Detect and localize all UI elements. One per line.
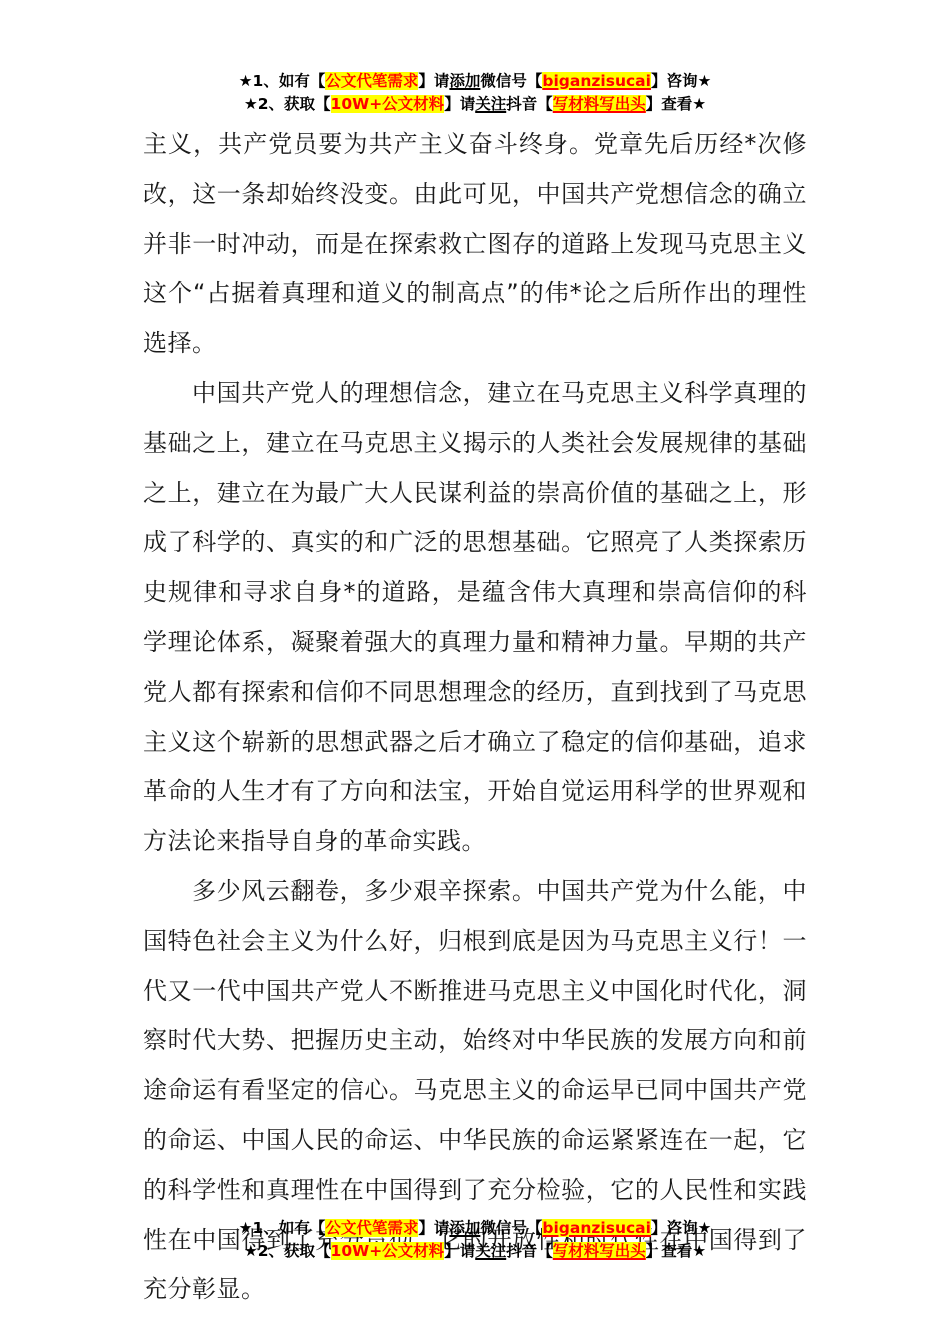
banner-suffix: 】查看★: [646, 95, 706, 113]
wechat-id-link[interactable]: biganzisucai: [542, 72, 651, 90]
banner-text: 】请: [418, 1219, 449, 1237]
banner-suffix: 】咨询★: [651, 72, 711, 90]
banner-text: 】请: [418, 72, 449, 90]
wechat-id-link[interactable]: biganzisucai: [542, 1219, 651, 1237]
banner-text: 】请: [444, 95, 475, 113]
banner-text: 微信号【: [480, 72, 542, 90]
banner-suffix: 】咨询★: [651, 1219, 711, 1237]
banner-text: 抖音【: [506, 1242, 553, 1260]
banner-text: 】请: [444, 1242, 475, 1260]
banner-text: 微信号【: [480, 1219, 542, 1237]
underlined-follow: 关注: [475, 95, 506, 113]
header-banner-line-1: ★1、如有【公文代笔需求】请添加微信号【biganzisucai】咨询★: [0, 70, 950, 93]
banner-text: 抖音【: [506, 95, 553, 113]
header-banner-line-2: ★2、获取【10W+公文材料】请关注抖音【写材料写出头】查看★: [0, 93, 950, 116]
douyin-account-link[interactable]: 写材料写出头: [553, 1242, 646, 1260]
footer-banner-line-2: ★2、获取【10W+公文材料】请关注抖音【写材料写出头】查看★: [0, 1240, 950, 1263]
footer-banner-line-1: ★1、如有【公文代笔需求】请添加微信号【biganzisucai】咨询★: [0, 1217, 950, 1240]
document-body: 主义，共产党员要为共产主义奋斗终身。党章先后历经*次修改，这一条却始终没变。由此…: [143, 120, 807, 1315]
footer-banner: ★1、如有【公文代笔需求】请添加微信号【biganzisucai】咨询★ ★2、…: [0, 1217, 950, 1263]
banner-prefix: ★2、获取【: [244, 1242, 331, 1260]
banner-prefix: ★1、如有【: [239, 72, 326, 90]
highlight-ghostwriting: 公文代笔需求: [325, 72, 418, 90]
underlined-follow: 关注: [475, 1242, 506, 1260]
highlight-materials: 10W+公文材料: [331, 95, 445, 113]
paragraph-2: 中国共产党人的理想信念，建立在马克思主义科学真理的基础之上，建立在马克思主义揭示…: [143, 369, 807, 867]
paragraph-1: 主义，共产党员要为共产主义奋斗终身。党章先后历经*次修改，这一条却始终没变。由此…: [143, 120, 807, 369]
highlight-materials: 10W+公文材料: [331, 1242, 445, 1260]
douyin-account-link[interactable]: 写材料写出头: [553, 95, 646, 113]
underlined-add: 添加: [449, 1219, 480, 1237]
banner-suffix: 】查看★: [646, 1242, 706, 1260]
header-banner: ★1、如有【公文代笔需求】请添加微信号【biganzisucai】咨询★ ★2、…: [0, 70, 950, 116]
banner-prefix: ★2、获取【: [244, 95, 331, 113]
highlight-ghostwriting: 公文代笔需求: [325, 1219, 418, 1237]
banner-prefix: ★1、如有【: [239, 1219, 326, 1237]
underlined-add: 添加: [449, 72, 480, 90]
